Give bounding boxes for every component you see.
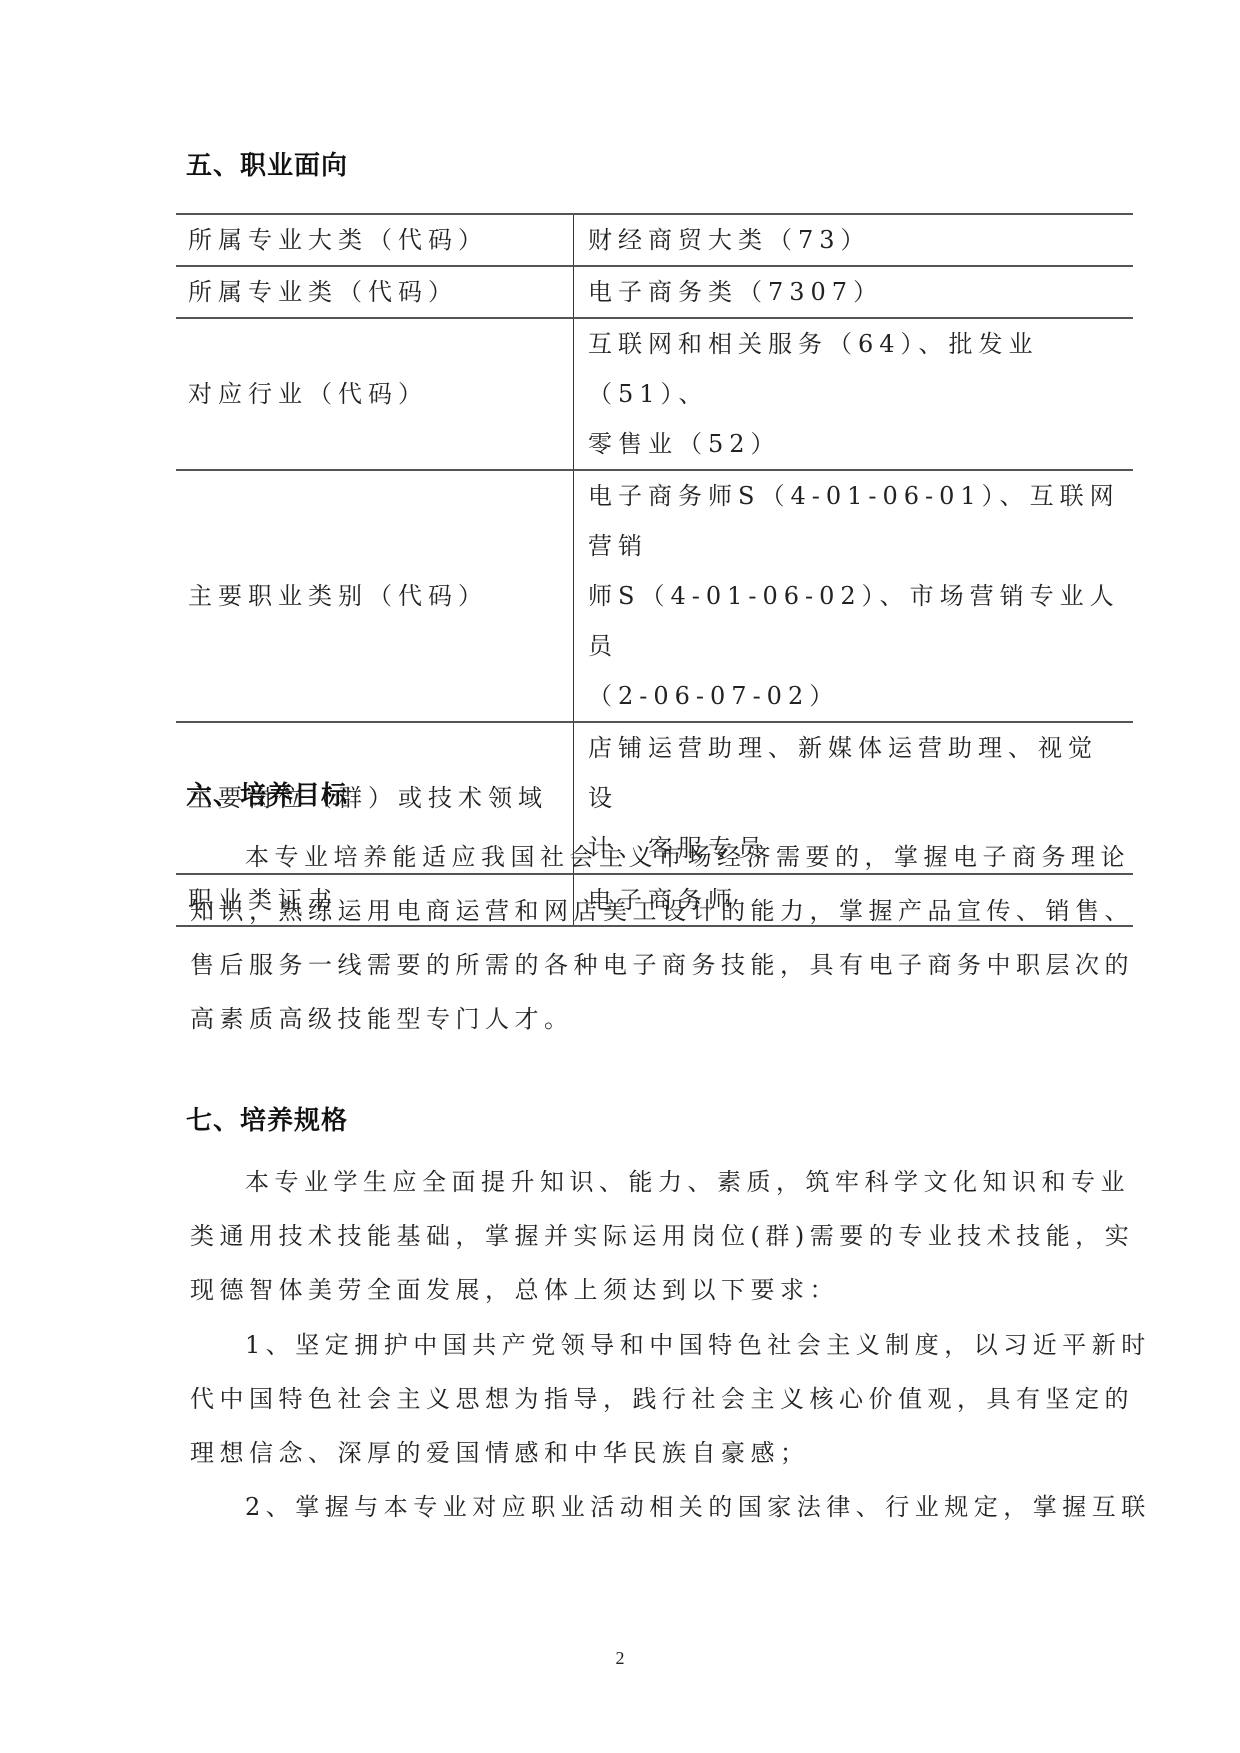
text-line: 本专业学生应全面提升知识、能力、素质，筑牢科学文化知识和专业	[190, 1155, 1120, 1209]
table-value: 财经商贸大类（73）	[574, 214, 1134, 266]
specs-intro-paragraph: 本专业学生应全面提升知识、能力、素质，筑牢科学文化知识和专业 类通用技术技能基础…	[190, 1155, 1120, 1317]
value-line: 电子商务师S（4-01-06-01）、互联网营销	[588, 471, 1121, 571]
section-title-goals: 六、培养目标	[186, 775, 348, 812]
text-line: 知识，熟练运用电商运营和网店美工设计的能力，掌握产品宣传、销售、	[190, 884, 1120, 938]
table-key: 所属专业类（代码）	[176, 266, 574, 318]
text-line: 类通用技术技能基础，掌握并实际运用岗位(群)需要的专业技术技能，实	[190, 1209, 1120, 1263]
text-line: 理想信念、深厚的爱国情感和中华民族自豪感；	[190, 1426, 1120, 1480]
text-line: 1、坚定拥护中国共产党领导和中国特色社会主义制度，以习近平新时	[190, 1318, 1120, 1372]
text-line: 现德智体美劳全面发展，总体上须达到以下要求：	[190, 1263, 1120, 1317]
text-line: 2、掌握与本专业对应职业活动相关的国家法律、行业规定，掌握互联	[190, 1480, 1120, 1534]
specs-item-2: 2、掌握与本专业对应职业活动相关的国家法律、行业规定，掌握互联	[190, 1480, 1120, 1534]
table-key: 主要职业类别（代码）	[176, 470, 574, 722]
table-row: 所属专业大类（代码） 财经商贸大类（73）	[176, 214, 1133, 266]
table-value: 电子商务师S（4-01-06-01）、互联网营销 师S（4-01-06-02）、…	[574, 470, 1134, 722]
text-line: 本专业培养能适应我国社会主义市场经济需要的，掌握电子商务理论	[190, 830, 1120, 884]
table-row: 所属专业类（代码） 电子商务类（7307）	[176, 266, 1133, 318]
value-line: （2-06-07-02）	[588, 671, 1121, 721]
goals-paragraph: 本专业培养能适应我国社会主义市场经济需要的，掌握电子商务理论 知识，熟练运用电商…	[190, 830, 1120, 1046]
text-line: 高素质高级技能型专门人才。	[190, 992, 1120, 1046]
table-key: 对应行业（代码）	[176, 318, 574, 470]
table-key: 所属专业大类（代码）	[176, 214, 574, 266]
page-number: 2	[0, 1648, 1240, 1669]
table-value: 互联网和相关服务（64）、批发业（51）、 零售业（52）	[574, 318, 1134, 470]
specs-item-1: 1、坚定拥护中国共产党领导和中国特色社会主义制度，以习近平新时 代中国特色社会主…	[190, 1318, 1120, 1480]
value-line: 零售业（52）	[588, 419, 1121, 469]
section-title-specs: 七、培养规格	[186, 1100, 348, 1137]
table-value: 电子商务类（7307）	[574, 266, 1134, 318]
value-line: 师S（4-01-06-02）、市场营销专业人员	[588, 571, 1121, 671]
value-line: 店铺运营助理、新媒体运营助理、视觉设	[588, 723, 1121, 823]
table-row: 主要职业类别（代码） 电子商务师S（4-01-06-01）、互联网营销 师S（4…	[176, 470, 1133, 722]
text-line: 代中国特色社会主义思想为指导，践行社会主义核心价值观，具有坚定的	[190, 1372, 1120, 1426]
text-line: 售后服务一线需要的所需的各种电子商务技能，具有电子商务中职层次的	[190, 938, 1120, 992]
value-line: 互联网和相关服务（64）、批发业（51）、	[588, 319, 1121, 419]
section-title-career: 五、职业面向	[186, 145, 348, 182]
career-orientation-table: 所属专业大类（代码） 财经商贸大类（73） 所属专业类（代码） 电子商务类（73…	[176, 213, 1133, 927]
table-row: 对应行业（代码） 互联网和相关服务（64）、批发业（51）、 零售业（52）	[176, 318, 1133, 470]
